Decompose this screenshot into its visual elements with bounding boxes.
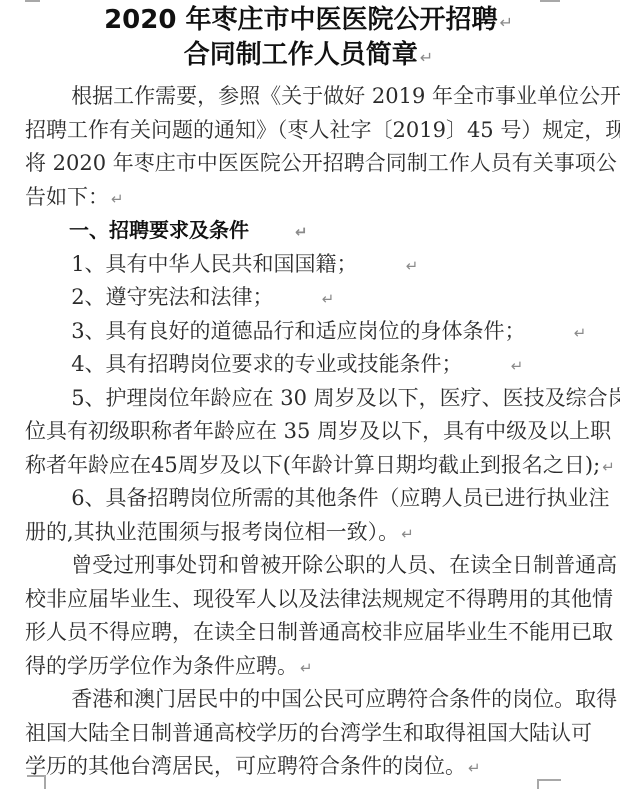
body-line: 4、具有招聘岗位要求的专业或技能条件；↵ [25,348,592,382]
title-text: 合同制工作人员简章 [184,40,418,70]
paragraph-mark-icon: ↵ [251,216,308,250]
title-text: 2020 年枣庄市中医医院公开招聘 [104,5,497,35]
paragraph-mark-icon: ↵ [602,451,615,485]
body-line-text: 1、具有中华人民共和国国籍； [71,252,357,276]
page-content: 2020 年枣庄市中医医院公开招聘↵ 合同制工作人员简章↵ 根据工作需要，参照《… [25,4,592,784]
body-line-text: 招聘工作有关问题的通知》（枣人社字〔2019〕45 号）规定，现 [25,118,620,142]
body-line-text: 位具有初级职称者年龄应在 35 周岁及以下，具有中级及以上职 [25,419,611,443]
body-line-text: 香港和澳门居民中的中国公民可应聘符合条件的岗位。取得 [71,687,617,711]
body-line-text: 告如下： [25,185,109,209]
text-boundary-mark-top-left [25,0,40,2]
body-line: 5、护理岗位年龄应在 30 周岁及以下，医疗、医技及综合岗 [25,382,592,416]
paragraph-mark-icon: ↵ [500,6,513,39]
paragraph-mark-icon: ↵ [276,283,335,317]
title-line-2: 合同制工作人员简章↵ [25,39,592,74]
paragraph-mark-icon: ↵ [420,41,433,74]
paragraph-mark-icon: ↵ [300,652,313,686]
body-line-text: 册的,其执业范围须与报考岗位相一致）。 [25,520,399,544]
body-line-text: 4、具有招聘岗位要求的专业或技能条件； [71,352,462,376]
body-line: 6、具备招聘岗位所需的其他条件（应聘人员已进行执业注 [25,482,592,516]
body-line: 招聘工作有关问题的通知》（枣人社字〔2019〕45 号）规定，现 [25,114,592,148]
body-line-text: 3、具有良好的道德品行和适应岗位的身体条件； [71,319,525,343]
section-heading-text: 一、招聘要求及条件 [69,218,249,242]
body-line-text: 根据工作需要，参照《关于做好 2019 年全市事业单位公开 [71,84,620,108]
document-title: 2020 年枣庄市中医医院公开招聘↵ 合同制工作人员简章↵ [25,4,592,74]
body-line: 根据工作需要，参照《关于做好 2019 年全市事业单位公开 [25,80,592,114]
paragraph-mark-icon: ↵ [401,518,414,552]
section-heading: 一、招聘要求及条件↵ [25,214,592,248]
body-line: 2、遵守宪法和法律；↵ [25,281,592,315]
body-line: 3、具有良好的道德品行和适应岗位的身体条件；↵ [25,315,592,349]
body-line: 形人员不得应聘，在读全日制普通高校非应届毕业生不能用已取 [25,616,592,650]
body-line: 香港和澳门居民中的中国公民可应聘符合条件的岗位。取得 [25,683,592,717]
body-line: 校非应届毕业生、现役军人以及法律法规规定不得聘用的其他情 [25,583,592,617]
body-line-text: 得的学历学位作为条件应聘。 [25,654,298,678]
paragraph-mark-icon: ↵ [111,183,124,217]
body-line-text: 2、遵守宪法和法律； [71,285,273,309]
text-boundary-mark-top-right [540,0,560,2]
paragraph-mark-icon: ↵ [465,350,524,384]
body-line: 位具有初级职称者年龄应在 35 周岁及以下，具有中级及以上职 [25,415,592,449]
body-line: 告如下：↵ [25,181,592,215]
body-line-text: 祖国大陆全日制普通高校学历的台湾学生和取得祖国大陆认可 [25,721,592,745]
body-line-text: 形人员不得应聘，在读全日制普通高校非应届毕业生不能用已取 [25,620,613,644]
body-line: 得的学历学位作为条件应聘。↵ [25,650,592,684]
paragraph-mark-icon: ↵ [360,250,419,284]
body-line: 学历的其他台湾居民，可应聘符合条件的岗位。↵ [25,750,592,784]
body-line: 册的,其执业范围须与报考岗位相一致）。↵ [25,516,592,550]
body-line: 祖国大陆全日制普通高校学历的台湾学生和取得祖国大陆认可 [25,717,592,751]
body-line: 将 2020 年枣庄市中医医院公开招聘合同制工作人员有关事项公 [25,147,592,181]
paragraph-mark-icon: ↵ [468,752,481,786]
body-line-text: 5、护理岗位年龄应在 30 周岁及以下，医疗、医技及综合岗 [71,386,620,410]
body-line: 称者年龄应在45周岁及以下(年龄计算日期均截止到报名之日);↵ [25,449,592,483]
document-page: 2020 年枣庄市中医医院公开招聘↵ 合同制工作人员简章↵ 根据工作需要，参照《… [0,0,620,789]
body-line-text: 6、具备招聘岗位所需的其他条件（应聘人员已进行执业注 [71,486,609,510]
body-line-text: 校非应届毕业生、现役军人以及法律法规规定不得聘用的其他情 [25,587,613,611]
document-body: 根据工作需要，参照《关于做好 2019 年全市事业单位公开 招聘工作有关问题的通… [25,80,592,784]
body-line: 1、具有中华人民共和国国籍；↵ [25,248,592,282]
body-line-text: 称者年龄应在45周岁及以下(年龄计算日期均截止到报名之日); [25,453,600,477]
body-line-text: 将 2020 年枣庄市中医医院公开招聘合同制工作人员有关事项公 [25,151,617,175]
title-line-1: 2020 年枣庄市中医医院公开招聘↵ [25,4,592,39]
body-line: 曾受过刑事处罚和曾被开除公职的人员、在读全日制普通高 [25,549,592,583]
body-line-text: 曾受过刑事处罚和曾被开除公职的人员、在读全日制普通高 [71,553,617,577]
paragraph-mark-icon: ↵ [528,317,587,351]
body-line-text: 学历的其他台湾居民，可应聘符合条件的岗位。 [25,754,466,778]
